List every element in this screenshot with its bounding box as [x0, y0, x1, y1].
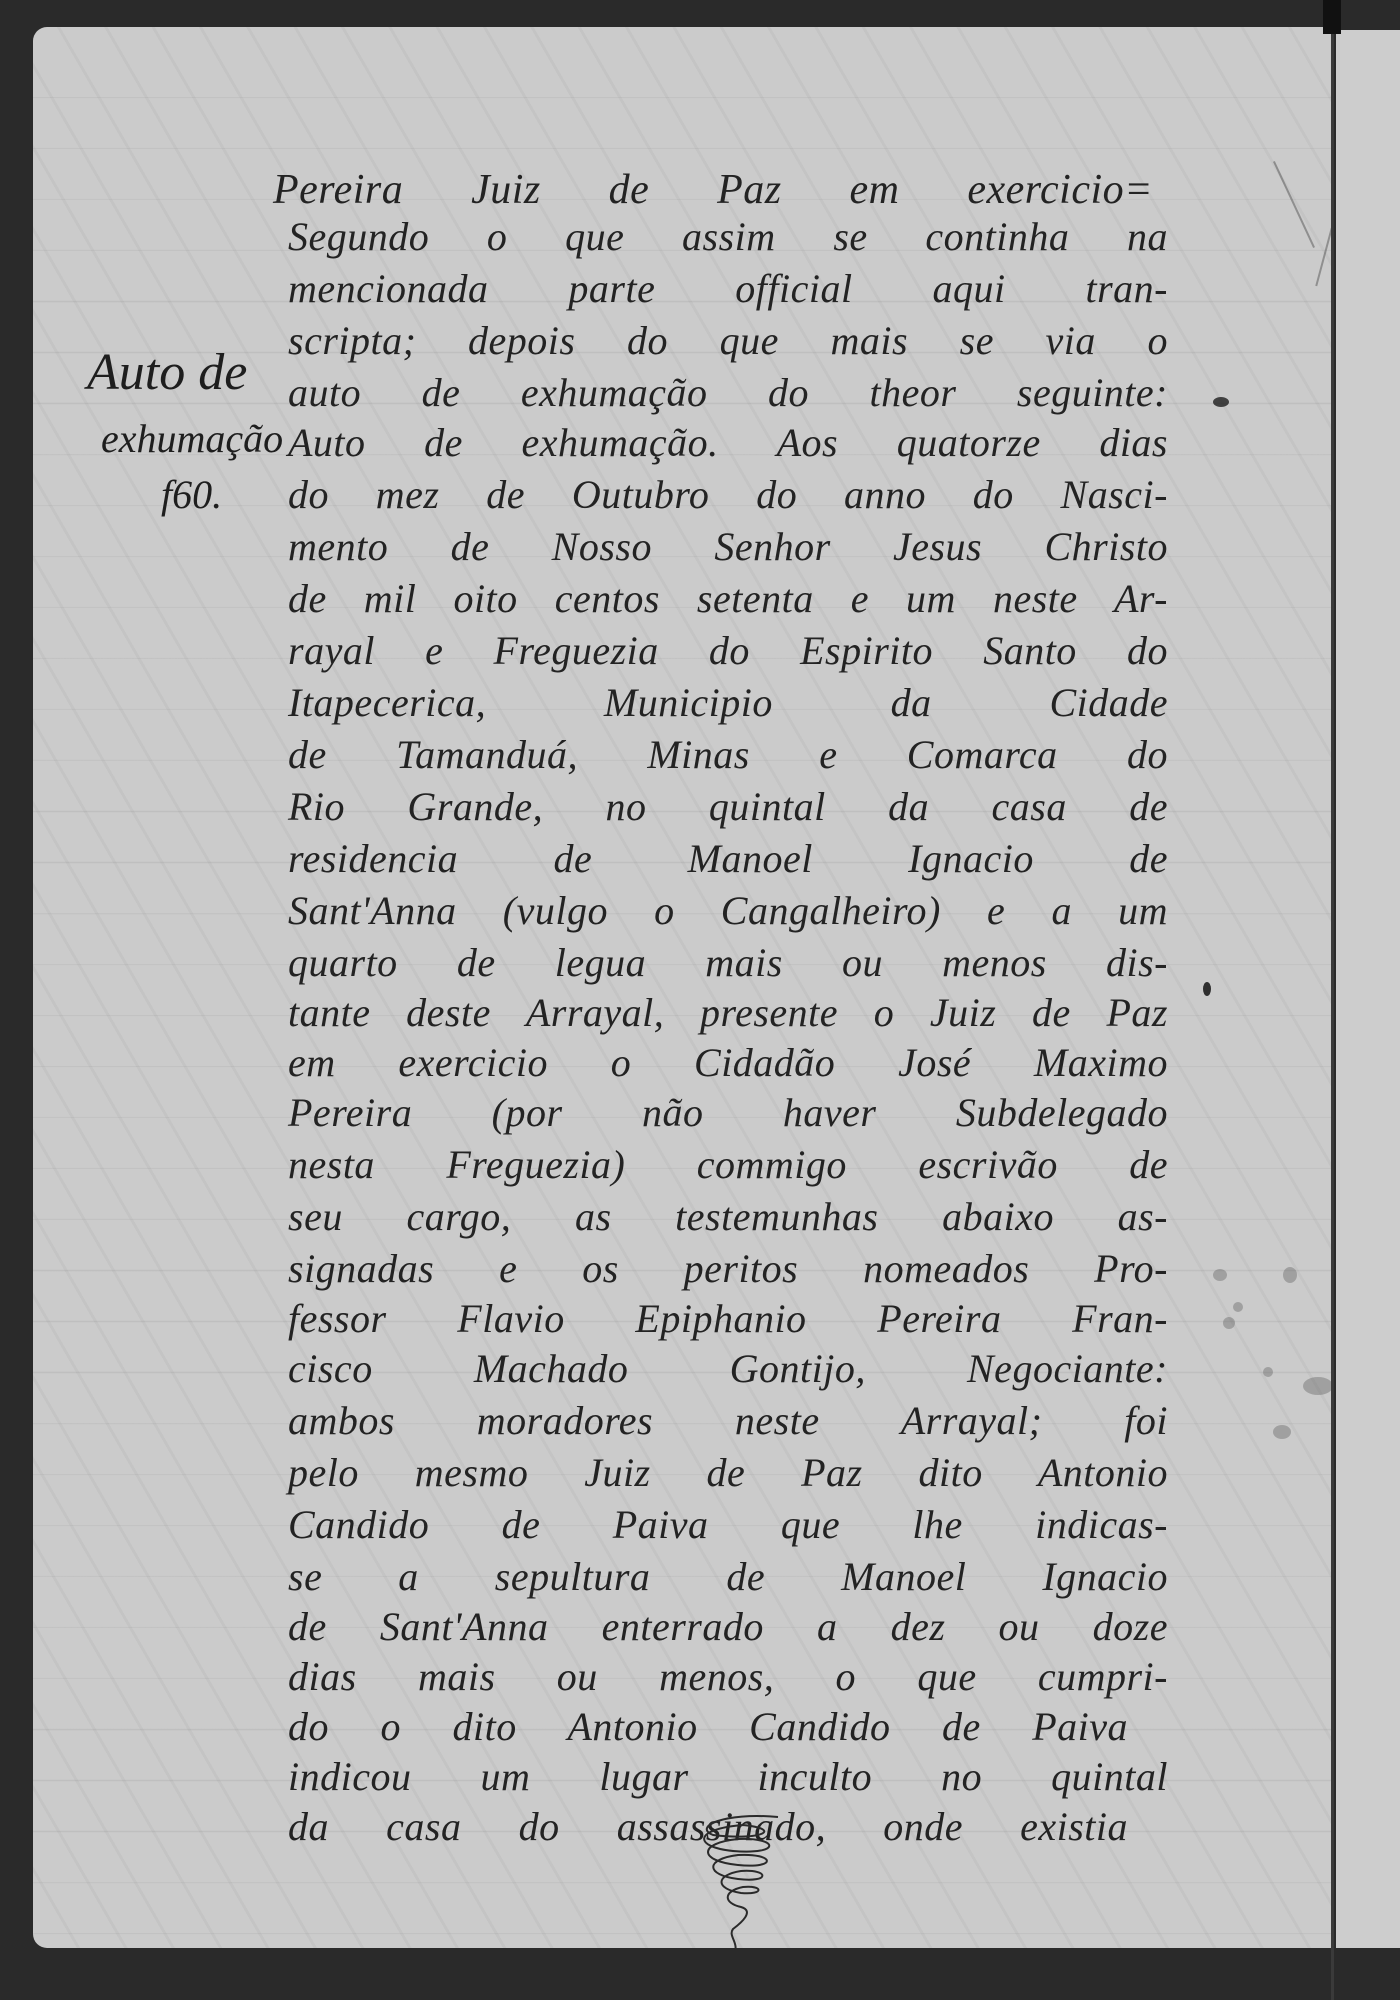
- text-line: de Sant'Anna enterrado a dez ou doze: [288, 1607, 1168, 1647]
- text-line: mencionada parte official aqui tran-: [288, 269, 1168, 309]
- ink-stain: [1303, 1377, 1333, 1395]
- text-line: scripta; depois do que mais se via o: [288, 321, 1168, 361]
- text-line: tante deste Arrayal, presente o Juiz de …: [288, 993, 1168, 1033]
- text-line: se a sepultura de Manoel Ignacio: [288, 1557, 1168, 1597]
- text-line: de Tamanduá, Minas e Comarca do: [288, 735, 1168, 775]
- ink-stain: [1213, 1269, 1227, 1281]
- manuscript-page: Auto de exhumação f60. Pereira Juiz de P…: [33, 27, 1333, 1948]
- text-line: Rio Grande, no quintal da casa de: [288, 787, 1168, 827]
- margin-note-title: Auto de: [87, 347, 247, 399]
- ink-stain: [1273, 1425, 1291, 1439]
- binding-gutter-top: [1323, 0, 1341, 34]
- ink-stain: [1233, 1302, 1243, 1312]
- text-line: em exercicio o Cidadão José Maximo: [288, 1043, 1168, 1083]
- ink-stain: [1263, 1367, 1273, 1377]
- margin-note-subject: exhumação: [101, 419, 283, 459]
- text-line: residencia de Manoel Ignacio de: [288, 839, 1168, 879]
- text-line: do o dito Antonio Candido de Paiva: [288, 1707, 1128, 1747]
- text-line: de mil oito centos setenta e um neste Ar…: [288, 579, 1168, 619]
- ink-stain: [1283, 1267, 1297, 1283]
- ink-stain: [1223, 1317, 1235, 1329]
- binding-gutter: [1331, 0, 1334, 2000]
- text-line: pelo mesmo Juiz de Paz dito Antonio: [288, 1453, 1168, 1493]
- text-line: auto de exhumação do theor seguinte:: [288, 373, 1168, 413]
- text-line: Pereira Juiz de Paz em exercicio=: [273, 169, 1153, 211]
- text-line: ambos moradores neste Arrayal; foi: [288, 1401, 1168, 1441]
- text-line: indicou um lugar inculto no quintal: [288, 1757, 1168, 1797]
- ink-blot: [1203, 982, 1211, 996]
- text-line: dias mais ou menos, o que cumpri-: [288, 1657, 1168, 1697]
- margin-note-folio: f60.: [161, 475, 222, 515]
- ink-blot: [1213, 397, 1229, 407]
- text-line: Candido de Paiva que lhe indicas-: [288, 1505, 1168, 1545]
- text-line: fessor Flavio Epiphanio Pereira Fran-: [288, 1299, 1168, 1339]
- text-line: mento de Nosso Senhor Jesus Christo: [288, 527, 1168, 567]
- text-line: Itapecerica, Municipio da Cidade: [288, 683, 1168, 723]
- text-line: rayal e Freguezia do Espirito Santo do: [288, 631, 1168, 671]
- text-line: do mez de Outubro do anno do Nasci-: [288, 475, 1168, 515]
- pen-flourish-icon: [683, 1807, 803, 1948]
- text-line: seu cargo, as testemunhas abaixo as-: [288, 1197, 1168, 1237]
- facing-page-edge: [1336, 30, 1400, 1948]
- text-line: Sant'Anna (vulgo o Cangalheiro) e a um: [288, 891, 1168, 931]
- text-line: nesta Freguezia) commigo escrivão de: [288, 1145, 1168, 1185]
- text-line: cisco Machado Gontijo, Negociante:: [288, 1349, 1168, 1389]
- text-line: Pereira (por não haver Subdelegado: [288, 1093, 1168, 1133]
- text-line: Auto de exhumação. Aos quatorze dias: [288, 423, 1168, 463]
- text-line: signadas e os peritos nomeados Pro-: [288, 1249, 1168, 1289]
- text-line: quarto de legua mais ou menos dis-: [288, 943, 1168, 983]
- text-line: Segundo o que assim se continha na: [288, 217, 1168, 257]
